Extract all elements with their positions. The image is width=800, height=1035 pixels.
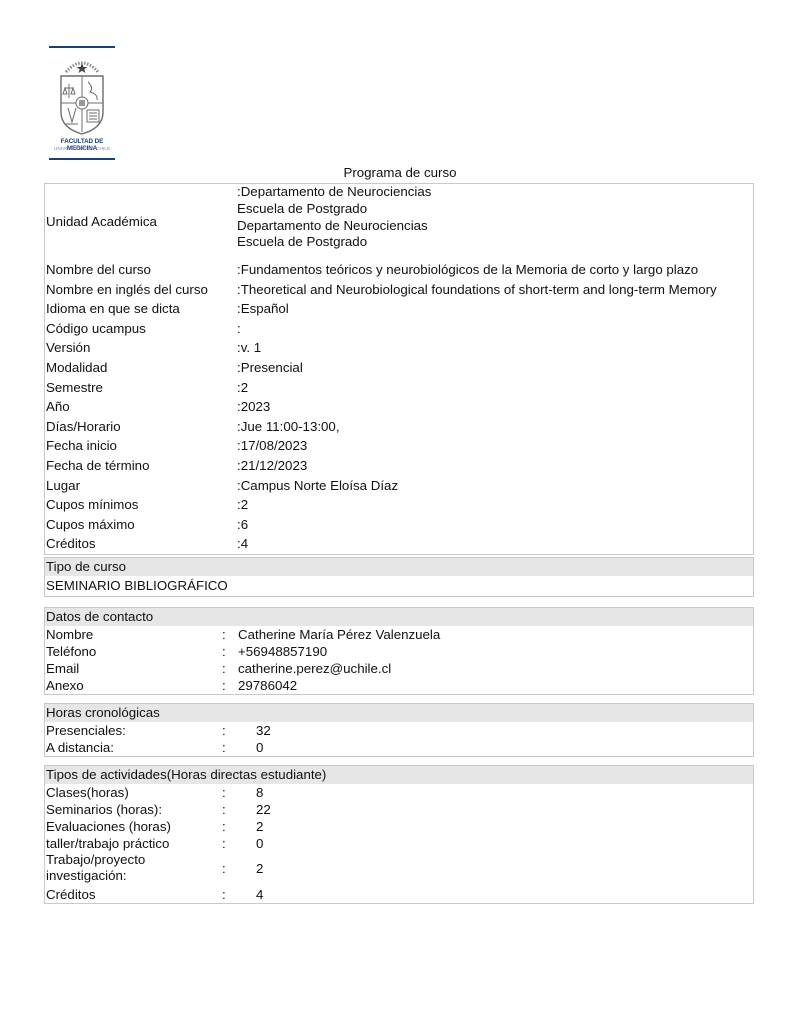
separator: : <box>222 835 256 852</box>
activity-value: 4 <box>256 886 753 903</box>
hours-row: Presenciales::32 <box>46 722 753 739</box>
separator: : <box>222 801 256 818</box>
activity-row: Evaluaciones (horas):2 <box>46 818 753 835</box>
info-label: Cupos máximo <box>45 515 237 535</box>
info-value-line: Departamento de Neurociencias <box>237 218 753 235</box>
separator: : <box>222 660 238 677</box>
activity-label: taller/trabajo práctico <box>46 835 222 852</box>
hours-row: A distancia::0 <box>46 739 753 756</box>
activity-value: 2 <box>256 852 753 886</box>
info-value: :17/08/2023 <box>237 436 753 456</box>
info-row: Semestre:2 <box>45 378 753 398</box>
info-label: Nombre en inglés del curso <box>45 280 237 300</box>
section-header: Horas cronológicas <box>45 704 753 722</box>
faculty-logo: FACULTAD DE MEDICINA UNIVERSIDAD DE CHIL… <box>46 46 118 162</box>
hours-label: Presenciales: <box>46 722 222 739</box>
info-value-line: :Departamento de Neurociencias <box>237 184 753 201</box>
activity-row: Seminarios (horas)::22 <box>46 801 753 818</box>
course-type-value: SEMINARIO BIBLIOGRÁFICO <box>45 576 753 596</box>
activity-value: 2 <box>256 818 753 835</box>
section-header: Tipo de curso <box>45 558 753 576</box>
contact-label: Email <box>46 660 222 677</box>
info-value: : <box>237 319 753 339</box>
info-row: Modalidad:Presencial <box>45 358 753 378</box>
activity-value: 22 <box>256 801 753 818</box>
separator: : <box>222 643 238 660</box>
activities-section: Tipos de actividades(Horas directas estu… <box>44 765 754 904</box>
info-value-line: Escuela de Postgrado <box>237 201 753 218</box>
info-label: Fecha de término <box>45 456 237 476</box>
info-row-unidad-academica: Unidad Académica :Departamento de Neuroc… <box>45 184 753 260</box>
contact-label: Nombre <box>46 626 222 643</box>
activity-row: Trabajo/proyecto investigación::2 <box>46 852 753 886</box>
info-row: Código ucampus: <box>45 319 753 339</box>
separator: : <box>222 626 238 643</box>
activity-label: Evaluaciones (horas) <box>46 818 222 835</box>
hours-label: A distancia: <box>46 739 222 756</box>
info-row: Créditos:4 <box>45 534 753 554</box>
separator: : <box>222 722 256 739</box>
info-value-line: Escuela de Postgrado <box>237 234 753 251</box>
course-info-table: Unidad Académica :Departamento de Neuroc… <box>44 183 754 555</box>
activity-value: 0 <box>256 835 753 852</box>
info-value: :Español <box>237 299 753 319</box>
info-label: Versión <box>45 338 237 358</box>
info-row: Idioma en que se dicta:Español <box>45 299 753 319</box>
info-row: Versión:v. 1 <box>45 338 753 358</box>
contact-body: Nombre:Catherine María Pérez Valenzuela … <box>45 626 753 694</box>
activities-body: Clases(horas):8 Seminarios (horas)::22 E… <box>45 784 753 903</box>
info-value: :2 <box>237 495 753 515</box>
info-value: :2 <box>237 378 753 398</box>
activity-value: 8 <box>256 784 753 801</box>
info-label: Año <box>45 397 237 417</box>
info-label: Modalidad <box>45 358 237 378</box>
activity-label: Clases(horas) <box>46 784 222 801</box>
info-value: :21/12/2023 <box>237 456 753 476</box>
info-row: Cupos máximo:6 <box>45 515 753 535</box>
contact-section: Datos de contacto Nombre:Catherine María… <box>44 607 754 695</box>
info-value: :Presencial <box>237 358 753 378</box>
contact-row: Email:catherine.perez@uchile.cl <box>46 660 753 677</box>
activity-row: Clases(horas):8 <box>46 784 753 801</box>
separator: : <box>222 818 256 835</box>
contact-phone: +56948857190 <box>238 643 753 660</box>
activity-row: taller/trabajo práctico:0 <box>46 835 753 852</box>
info-row: Año:2023 <box>45 397 753 417</box>
contact-label: Teléfono <box>46 643 222 660</box>
info-value: :Jue 11:00-13:00, <box>237 417 753 437</box>
separator: : <box>222 677 238 694</box>
contact-row: Teléfono:+56948857190 <box>46 643 753 660</box>
info-label: Nombre del curso <box>45 260 237 280</box>
logo-top-rule <box>49 46 115 48</box>
info-row: Nombre en inglés del curso:Theoretical a… <box>45 280 753 300</box>
contact-extension: 29786042 <box>238 677 753 694</box>
contact-email: catherine.perez@uchile.cl <box>238 660 753 677</box>
info-label: Días/Horario <box>45 417 237 437</box>
info-label: Código ucampus <box>45 319 237 339</box>
info-value: :Fundamentos teóricos y neurobiológicos … <box>237 260 753 280</box>
info-value: :v. 1 <box>237 338 753 358</box>
section-header: Tipos de actividades(Horas directas estu… <box>45 766 753 784</box>
separator: : <box>222 784 256 801</box>
info-value: :4 <box>237 534 753 554</box>
info-row: Lugar:Campus Norte Eloísa Díaz <box>45 476 753 496</box>
info-value: :Campus Norte Eloísa Díaz <box>237 476 753 496</box>
info-row: Fecha inicio:17/08/2023 <box>45 436 753 456</box>
hours-value: 32 <box>256 722 753 739</box>
info-value: :Theoretical and Neurobiological foundat… <box>237 280 753 300</box>
page-title: Programa de curso <box>0 165 800 180</box>
university-name: UNIVERSIDAD DE CHILE <box>46 147 118 152</box>
info-value: :Departamento de Neurociencias Escuela d… <box>237 184 753 260</box>
info-label: Fecha inicio <box>45 436 237 456</box>
info-row: Días/Horario:Jue 11:00-13:00, <box>45 417 753 437</box>
contact-name: Catherine María Pérez Valenzuela <box>238 626 753 643</box>
activity-row: Créditos:4 <box>46 886 753 903</box>
info-row: Cupos mínimos:2 <box>45 495 753 515</box>
hours-section: Horas cronológicas Presenciales::32 A di… <box>44 703 754 757</box>
info-value: :2023 <box>237 397 753 417</box>
course-type-section: Tipo de curso SEMINARIO BIBLIOGRÁFICO <box>44 557 754 597</box>
contact-row: Nombre:Catherine María Pérez Valenzuela <box>46 626 753 643</box>
activity-label: Créditos <box>46 886 222 903</box>
separator: : <box>222 886 256 903</box>
info-row: Fecha de término:21/12/2023 <box>45 456 753 476</box>
info-value: :6 <box>237 515 753 535</box>
university-coat-of-arms-icon <box>56 52 108 136</box>
separator: : <box>222 739 256 756</box>
info-label: Cupos mínimos <box>45 495 237 515</box>
contact-label: Anexo <box>46 677 222 694</box>
section-header: Datos de contacto <box>45 608 753 626</box>
activity-label: Seminarios (horas): <box>46 801 222 818</box>
info-label: Créditos <box>45 534 237 554</box>
info-row: Nombre del curso:Fundamentos teóricos y … <box>45 260 753 280</box>
info-label: Idioma en que se dicta <box>45 299 237 319</box>
hours-body: Presenciales::32 A distancia::0 <box>45 722 753 756</box>
info-label: Unidad Académica <box>45 184 237 260</box>
info-label: Semestre <box>45 378 237 398</box>
hours-value: 0 <box>256 739 753 756</box>
separator: : <box>222 852 256 886</box>
activity-label: Trabajo/proyecto investigación: <box>46 852 196 886</box>
info-label: Lugar <box>45 476 237 496</box>
contact-row: Anexo:29786042 <box>46 677 753 694</box>
logo-bottom-rule <box>49 158 115 160</box>
